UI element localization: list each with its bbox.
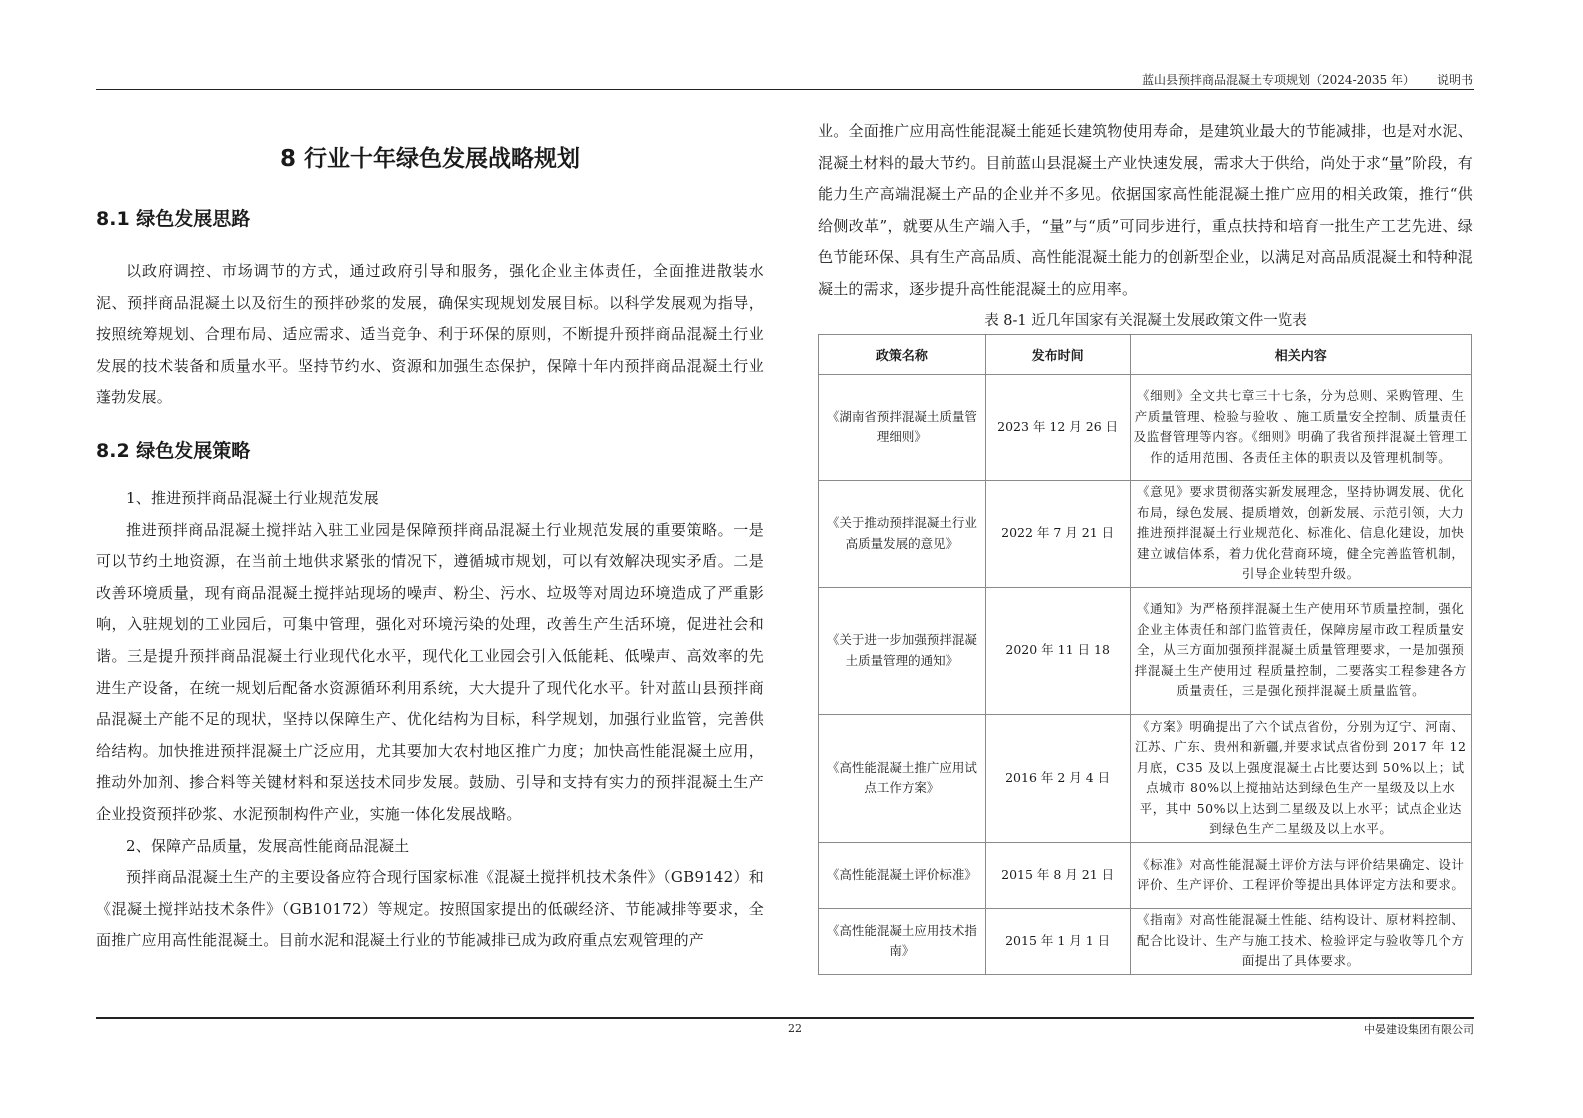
strategy-item-2-paragraph: 预拌商品混凝土生产的主要设备应符合现行国家标准《混凝土搅拌机技术条件》（GB91…	[96, 862, 764, 957]
table-row: 《高性能混凝土应用技术指南》 2015 年 1 月 1 日 《指南》对高性能混凝…	[819, 908, 1472, 974]
release-date-cell: 2016 年 2 月 4 日	[985, 714, 1130, 842]
release-date-cell: 2020 年 11 日 18	[985, 587, 1130, 714]
strategy-item-1-title: 1、推进预拌商品混凝土行业规范发展	[96, 483, 764, 515]
section-heading-8-1: 8.1 绿色发展思路	[96, 204, 764, 234]
content-cell: 《意见》要求贯彻落实新发展理念，坚持协调发展、优化布局，绿色发展、提质增效，创新…	[1130, 480, 1471, 587]
footer-rule	[96, 1017, 1474, 1019]
section-heading-8-2: 8.2 绿色发展策略	[96, 436, 764, 466]
section-8-1-paragraph: 以政府调控、市场调节的方式，通过政府引导和服务，强化企业主体责任，全面推进散装水…	[96, 256, 764, 414]
strategy-item-2-title: 2、保障产品质量，发展高性能商品混凝土	[96, 831, 764, 863]
policy-name-cell: 《高性能混凝土评价标准》	[819, 842, 986, 908]
table-row: 《高性能混凝土评价标准》 2015 年 8 月 21 日 《标准》对高性能混凝土…	[819, 842, 1472, 908]
table-row: 《关于进一步加强预拌混凝土质量管理的通知》 2020 年 11 日 18 《通知…	[819, 587, 1472, 714]
release-date-cell: 2022 年 7 月 21 日	[985, 480, 1130, 587]
content-cell: 《指南》对高性能混凝土性能、结构设计、原材料控制、配合比设计、生产与施工技术、检…	[1130, 908, 1471, 974]
header-rule	[96, 89, 1474, 90]
column-header-content: 相关内容	[1130, 334, 1471, 374]
table-row: 《湖南省预拌混凝土质量管理细则》 2023 年 12 月 26 日 《细则》全文…	[819, 374, 1472, 480]
continued-paragraph: 业。全面推广应用高性能混凝土能延长建筑物使用寿命，是建筑业最大的节能减排，也是对…	[818, 116, 1473, 306]
release-date-cell: 2023 年 12 月 26 日	[985, 374, 1130, 480]
release-date-cell: 2015 年 1 月 1 日	[985, 908, 1130, 974]
policy-name-cell: 《高性能混凝土应用技术指南》	[819, 908, 986, 974]
document-title: 蓝山县预拌商品混凝土专项规划（2024-2035 年）	[1142, 71, 1415, 88]
strategy-item-1-paragraph: 推进预拌商品混凝土搅拌站入驻工业园是保障预拌商品混凝土行业规范发展的重要策略。一…	[96, 515, 764, 831]
document-type: 说明书	[1437, 71, 1473, 88]
table-header-row: 政策名称 发布时间 相关内容	[819, 334, 1472, 374]
policy-name-cell: 《高性能混凝土推广应用试点工作方案》	[819, 714, 986, 842]
policy-table: 政策名称 发布时间 相关内容 《湖南省预拌混凝土质量管理细则》 2023 年 1…	[818, 334, 1472, 975]
chapter-title: 8 行业十年绿色发展战略规划	[96, 142, 764, 176]
column-header-policy-name: 政策名称	[819, 334, 986, 374]
policy-name-cell: 《关于进一步加强预拌混凝土质量管理的通知》	[819, 587, 986, 714]
right-column: 业。全面推广应用高性能混凝土能延长建筑物使用寿命，是建筑业最大的节能减排，也是对…	[818, 110, 1473, 975]
content-cell: 《细则》全文共七章三十七条，分为总则、采购管理、生产质量管理、检验与验收 、施工…	[1130, 374, 1471, 480]
release-date-cell: 2015 年 8 月 21 日	[985, 842, 1130, 908]
content-cell: 《标准》对高性能混凝土评价方法与评价结果确定、设计评价、生产评价、工程评价等提出…	[1130, 842, 1471, 908]
table-row: 《高性能混凝土推广应用试点工作方案》 2016 年 2 月 4 日 《方案》明确…	[819, 714, 1472, 842]
table-caption: 表 8-1 近几年国家有关混凝土发展政策文件一览表	[818, 308, 1473, 334]
column-header-release-date: 发布时间	[985, 334, 1130, 374]
left-column: 8 行业十年绿色发展战略规划 8.1 绿色发展思路 以政府调控、市场调节的方式，…	[96, 110, 764, 957]
table-row: 《关于推动预拌混凝土行业高质量发展的意见》 2022 年 7 月 21 日 《意…	[819, 480, 1472, 587]
content-cell: 《通知》为严格预拌混凝土生产使用环节质量控制，强化企业主体责任和部门监管责任，保…	[1130, 587, 1471, 714]
company-name: 中晏建设集团有限公司	[1364, 1021, 1474, 1037]
running-header: 蓝山县预拌商品混凝土专项规划（2024-2035 年）说明书	[1142, 71, 1473, 88]
policy-name-cell: 《关于推动预拌混凝土行业高质量发展的意见》	[819, 480, 986, 587]
policy-name-cell: 《湖南省预拌混凝土质量管理细则》	[819, 374, 986, 480]
page-number: 22	[780, 1022, 810, 1035]
content-cell: 《方案》明确提出了六个试点省份，分别为辽宁、河南、江苏、广东、贵州和新疆,并要求…	[1130, 714, 1471, 842]
